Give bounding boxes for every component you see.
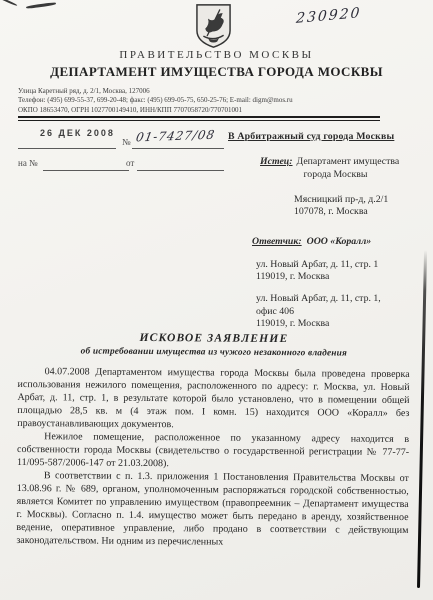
handwritten-registration-number: 230920 xyxy=(295,5,362,27)
statement-subtitle: об истребовании имущества из чужого неза… xyxy=(18,346,410,359)
moscow-coat-of-arms-icon xyxy=(191,3,236,49)
date-stamp: 26 ДЕК 2008 xyxy=(40,128,115,138)
defendant-address1-line2: 119019, г. Москва xyxy=(256,271,420,283)
letterhead-separator xyxy=(18,116,380,121)
plaintiff-name-line2: города Москвы xyxy=(297,169,400,181)
defendant-address2-line2: офис 406 xyxy=(256,306,420,318)
plaintiff-address: Мясницкий пр-д, д.2/1 107078, г. Москва xyxy=(294,194,420,219)
paragraph: Нежилое помещение, расположенное по указ… xyxy=(17,430,409,472)
plaintiff-address-line2: 107078, г. Москва xyxy=(294,206,420,218)
defendant-address1-line1: ул. Новый Арбат, д. 11, стр. 1 xyxy=(256,259,420,271)
reference-block: 26 ДЕК 2008 № 01-7427/08 на № от xyxy=(18,126,228,176)
reply-to-label: на № xyxy=(18,158,38,168)
plaintiff-label: Истец: xyxy=(260,156,293,181)
plaintiff-block: Истец: Департамент имущества города Моск… xyxy=(260,156,420,181)
defendant-address2-line1: ул. Новый Арбат, д. 11, стр. 1, xyxy=(256,293,420,305)
letterhead-codes: ОКПО 18653470, ОГРН 1027700149410, ИНН/К… xyxy=(18,106,418,115)
defendant-name: ООО «Коралл» xyxy=(307,236,372,248)
scanned-letter-page: 230920 ПРАВИТЕЛЬСТВО МОСКВЫ ДЕПАРТАМЕНТ … xyxy=(0,0,433,600)
form-line xyxy=(132,147,224,149)
statement-paragraphs: 04.07.2008 Департаментом имущества город… xyxy=(16,365,409,550)
letterhead-contacts: Телефон: (495) 699-55-37, 699-20-48; фак… xyxy=(18,96,418,105)
plaintiff-address-line1: Мясницкий пр-д, д.2/1 xyxy=(294,194,420,206)
form-line xyxy=(137,169,224,171)
defendant-block: Ответчик: ООО «Коралл» xyxy=(252,236,420,248)
form-line xyxy=(18,147,116,149)
paragraph: В соответствии с п. 1.3. приложения 1 По… xyxy=(16,469,409,550)
defendant-address-1: ул. Новый Арбат, д. 11, стр. 1 119019, г… xyxy=(256,259,420,284)
form-line xyxy=(43,169,129,171)
statement-title: ИСКОВОЕ ЗАЯВЛЕНИЕ xyxy=(18,331,410,346)
letterhead-contact-block: Улица Каретный ряд, д. 2/1, Москва, 1270… xyxy=(18,87,418,115)
defendant-address-2: ул. Новый Арбат, д. 11, стр. 1, офис 406… xyxy=(256,293,420,330)
pen-mark xyxy=(0,0,18,7)
defendant-label: Ответчик: xyxy=(252,236,302,248)
recipient-block: В Арбитражный суд города Москвы Истец: Д… xyxy=(228,131,420,330)
paragraph: 04.07.2008 Департаментом имущества город… xyxy=(17,365,409,433)
plaintiff-name: Департамент имущества города Москвы xyxy=(297,156,400,181)
court-name: В Арбитражный суд города Москвы xyxy=(228,131,420,143)
plaintiff-name-line1: Департамент имущества xyxy=(297,156,400,167)
letterhead-department: ДЕПАРТАМЕНТ ИМУЩЕСТВА ГОРОДА МОСКВЫ xyxy=(0,64,433,80)
handwritten-outgoing-number: 01-7427/08 xyxy=(135,128,217,145)
letterhead-address: Улица Каретный ряд, д. 2/1, Москва, 1270… xyxy=(18,87,418,96)
pen-mark xyxy=(26,2,56,9)
statement-body: ИСКОВОЕ ЗАЯВЛЕНИЕ об истребовании имущес… xyxy=(16,331,410,550)
number-label: № xyxy=(122,137,131,147)
reply-from-label: от xyxy=(126,158,134,168)
letterhead-government: ПРАВИТЕЛЬСТВО МОСКВЫ xyxy=(0,49,433,61)
defendant-address2-line3: 119019, г. Москва xyxy=(256,318,420,330)
